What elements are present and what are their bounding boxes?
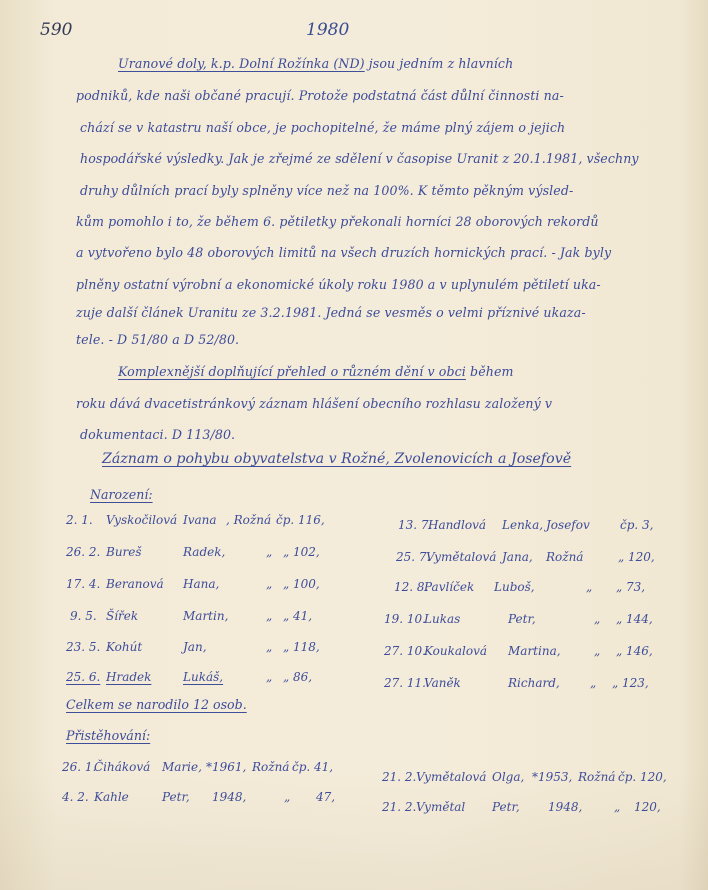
text-line: Uranové doly, k.p. Dolní Rožínka (ND) js…	[118, 56, 513, 71]
entry-house-number: „ 118,	[283, 640, 320, 654]
year-heading: 1980	[306, 20, 349, 40]
entry-birth-year: *1953,	[532, 770, 572, 784]
entry-house-number: „ 144,	[616, 612, 653, 626]
entry-place: Josefov	[546, 518, 590, 532]
entry-place: , Rožná	[226, 513, 271, 527]
entry-place: „	[266, 577, 272, 591]
entry-place: „	[266, 670, 272, 684]
entry-date: 9. 5.	[70, 609, 97, 623]
entry-house-number: „ 86,	[283, 670, 312, 684]
entry-place: „	[594, 644, 600, 658]
text-fragment: jsou jedním z hlavních	[365, 56, 514, 71]
entry-house-number: čp. 120,	[618, 770, 667, 784]
entry-date: 2. 1.	[66, 513, 93, 527]
entry-surname: Vymětalová	[426, 550, 496, 564]
entry-place: „	[614, 800, 620, 814]
births-total: Celkem se narodilo 12 osob.	[66, 697, 247, 712]
underlined-subject: Komplexnější doplňující přehled o různém…	[118, 364, 466, 379]
text-line: dokumentaci. D 113/80.	[80, 427, 235, 442]
text-line: kům pomohlo i to, že během 6. pětiletky …	[76, 214, 599, 229]
entry-surname: Koukalová	[424, 644, 487, 658]
entry-first-name: Jana,	[502, 550, 533, 564]
entry-surname: Handlová	[428, 518, 486, 532]
entry-place: „	[266, 609, 272, 623]
entry-surname: Vaněk	[424, 676, 461, 690]
entry-house-number: „ 120,	[618, 550, 655, 564]
text-line: druhy důlních prací byly splněny více ne…	[80, 183, 573, 198]
entry-surname: Vymětalová	[416, 770, 486, 784]
entry-first-name: Hana,	[183, 577, 219, 591]
entry-surname: Vymětal	[416, 800, 465, 814]
entry-house-number: „ 100,	[283, 577, 320, 591]
immigration-label: Přistěhování:	[66, 728, 150, 743]
entry-first-name: Martin,	[183, 609, 228, 623]
entry-first-name: Radek,	[183, 545, 225, 559]
births-label: Narození:	[90, 487, 153, 502]
entry-place: Rožná	[578, 770, 615, 784]
text-fragment: během	[466, 364, 514, 379]
entry-house-number: „ 123,	[612, 676, 649, 690]
entry-date: 4. 2.	[62, 790, 89, 804]
entry-birth-year: 1948,	[212, 790, 246, 804]
text-line: chází se v katastru naší obce, je pochop…	[80, 120, 565, 135]
entry-first-name: Luboš,	[494, 580, 535, 594]
entry-place: „	[586, 580, 592, 594]
text-line: zuje další článek Uranitu ze 3.2.1981. J…	[76, 305, 586, 320]
entry-surname: Pavlíček	[424, 580, 474, 594]
entry-place: „	[266, 640, 272, 654]
entry-first-name: Lukáš,	[183, 670, 223, 684]
entry-date: 21. 2.	[382, 800, 416, 814]
entry-place: „	[266, 545, 272, 559]
entry-house-number: „ 73,	[616, 580, 645, 594]
entry-house-number: „ 146,	[616, 644, 653, 658]
entry-first-name: Lenka,	[502, 518, 543, 532]
entry-house-number: čp. 116,	[276, 513, 325, 527]
text-line: hospodářské výsledky. Jak je zřejmé ze s…	[80, 151, 639, 166]
entry-first-name: Marie,	[162, 760, 202, 774]
entry-first-name: Olga,	[492, 770, 524, 784]
text-line: podniků, kde naši občané pracují. Protož…	[76, 88, 564, 103]
entry-first-name: Jan,	[183, 640, 207, 654]
entry-surname: Lukas	[424, 612, 460, 626]
entry-date: 27. 11.	[384, 676, 426, 690]
entry-surname: Beranová	[106, 577, 164, 591]
entry-date: 26. 1.	[62, 760, 96, 774]
entry-house-number: „ 41,	[283, 609, 312, 623]
entry-date: 19. 10.	[384, 612, 426, 626]
entry-date: 21. 2.	[382, 770, 416, 784]
entry-house-number: 47,	[316, 790, 335, 804]
entry-date: 17. 4.	[66, 577, 100, 591]
entry-first-name: Martina,	[508, 644, 561, 658]
entry-date: 25. 6.	[66, 670, 100, 684]
text-line: Komplexnější doplňující přehled o různém…	[118, 364, 514, 379]
entry-place: Rožná	[546, 550, 583, 564]
entry-house-number: čp. 3,	[620, 518, 653, 532]
entry-house-number: čp. 41,	[292, 760, 333, 774]
entry-place: „	[594, 612, 600, 626]
entry-surname: Vyskočilová	[106, 513, 177, 527]
entry-place: Rožná	[252, 760, 289, 774]
entry-surname: Bureš	[106, 545, 142, 559]
entry-birth-year: 1948,	[548, 800, 582, 814]
entry-date: 27. 10.	[384, 644, 426, 658]
entry-date: 23. 5.	[66, 640, 100, 654]
entry-place: „	[284, 790, 290, 804]
entry-house-number: „ 102,	[283, 545, 320, 559]
entry-first-name: Petr,	[492, 800, 520, 814]
entry-surname: Kahle	[94, 790, 129, 804]
entry-first-name: Petr,	[508, 612, 536, 626]
entry-first-name: Ivana	[183, 513, 217, 527]
entry-first-name: Petr,	[162, 790, 190, 804]
entry-surname: Kohút	[106, 640, 142, 654]
page-number: 590	[40, 20, 72, 40]
text-line: a vytvořeno bylo 48 oborových limitů na …	[76, 245, 611, 260]
text-line: plněny ostatní výrobní a ekonomické úkol…	[76, 277, 601, 292]
entry-first-name: Richard,	[508, 676, 560, 690]
entry-surname: Čiháková	[94, 760, 150, 774]
entry-birth-year: *1961,	[206, 760, 246, 774]
section-title-population: Záznam o pohybu obyvatelstva v Rožné, Zv…	[102, 451, 571, 467]
text-line: tele. - D 51/80 a D 52/80.	[76, 332, 239, 347]
entry-place: „	[590, 676, 596, 690]
entry-surname: Šířek	[106, 609, 138, 623]
underlined-subject: Uranové doly, k.p. Dolní Rožínka (ND)	[118, 56, 365, 71]
entry-surname: Hradek	[106, 670, 151, 684]
text-line: roku dává dvacetistránkový záznam hlášen…	[76, 396, 552, 411]
entry-house-number: 120,	[634, 800, 661, 814]
entry-date: 26. 2.	[66, 545, 100, 559]
chronicle-page: 590 1980 Uranové doly, k.p. Dolní Rožínk…	[0, 0, 708, 890]
